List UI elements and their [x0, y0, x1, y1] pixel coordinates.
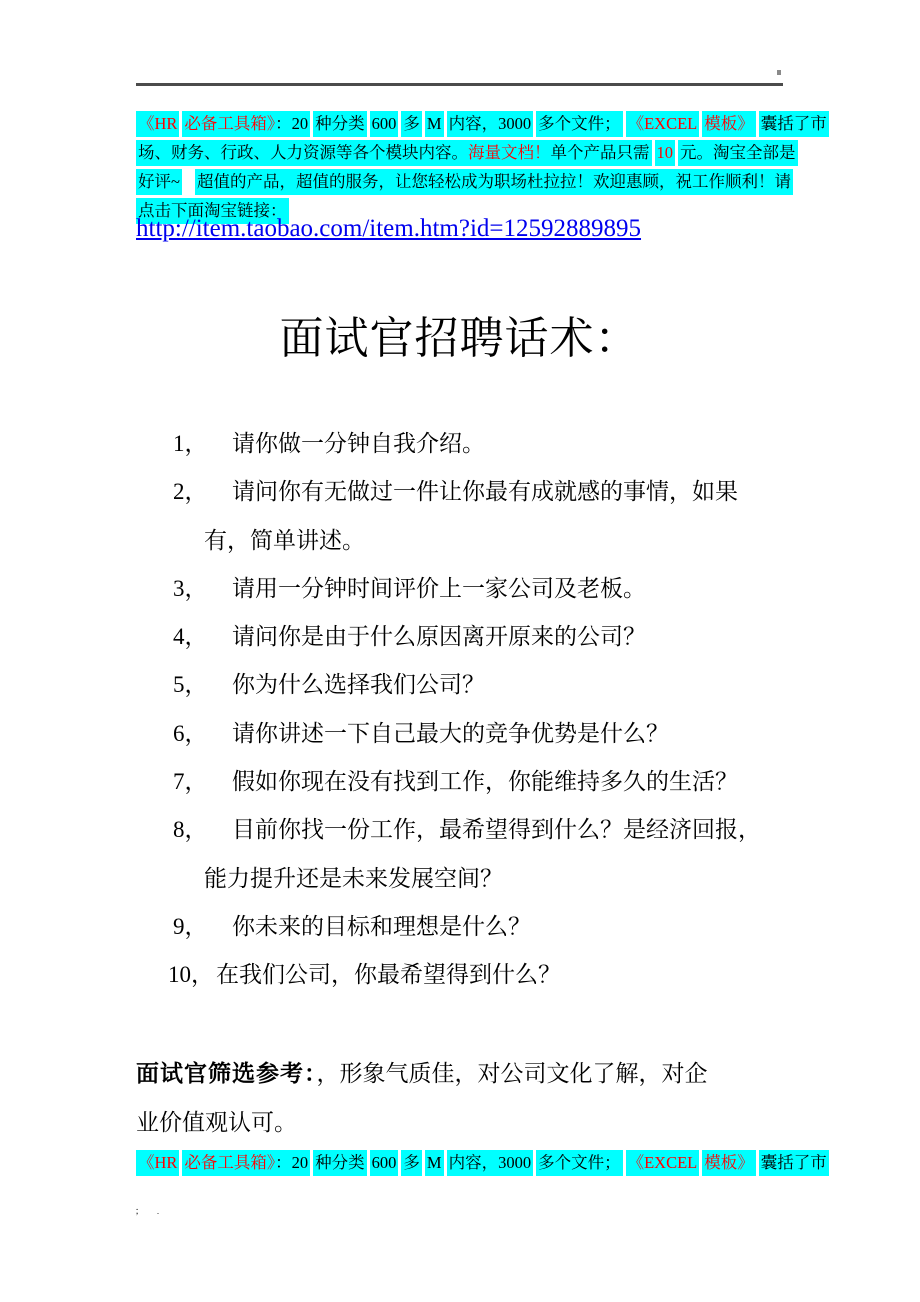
highlighted-text: 多	[403, 114, 420, 133]
question-number: 2，	[173, 476, 232, 524]
ad-note-line: 好评~超值的产品，超值的服务，让您轻松成为职场杜拉拉！欢迎惠顾，祝工作顺利！请	[136, 166, 816, 195]
highlight-segment: 《EXCEL	[626, 1150, 700, 1176]
question-number: 6，	[173, 718, 232, 766]
screening-text: 业价值观认可。	[136, 1110, 297, 1135]
highlighted-text: 600	[372, 1153, 397, 1172]
highlighted-text: 内容，3000	[449, 1153, 532, 1172]
screening-paragraph: 面试官筛选参考：，形象气质佳，对公司文化了解，对企 业价值观认可。	[136, 1048, 806, 1148]
question-text: 请用一分钟时间评价上一家公司及老板。	[232, 573, 646, 621]
highlighted-text: M	[427, 114, 442, 133]
question-number: 4，	[173, 621, 232, 669]
highlight-segment: 内容，3000	[447, 111, 534, 137]
highlighted-text: 种分类	[315, 114, 365, 133]
question-text: 能力提升还是未来发展空间？	[204, 863, 503, 911]
highlight-segment: 场、财务、行政、人力资源等各个模块内容。海量文档！单个产品只需	[136, 140, 652, 166]
question-number: 5，	[173, 669, 232, 717]
highlight-segment: M	[425, 1150, 444, 1176]
highlight-segment: 元。淘宝全部是	[678, 140, 798, 166]
highlighted-red-text: 《EXCEL	[628, 1153, 698, 1172]
stray-mark-left: ；	[135, 1206, 144, 1216]
question-number: 8，	[173, 814, 232, 862]
highlight-segment: 种分类	[313, 111, 367, 137]
highlighted-text: M	[427, 1153, 442, 1172]
screening-line: 面试官筛选参考：，形象气质佳，对公司文化了解，对企	[136, 1048, 806, 1098]
highlight-segment: 模板》	[702, 1150, 756, 1176]
ad-note-line: 场、财务、行政、人力资源等各个模块内容。海量文档！单个产品只需10元。淘宝全部是	[136, 137, 816, 166]
highlight-segment: 600	[370, 1150, 399, 1176]
highlight-segment: 《EXCEL	[626, 111, 700, 137]
question-line: 6， 请你讲述一下自己最大的竞争优势是什么？	[173, 718, 823, 766]
highlighted-text: 囊括了市	[761, 1153, 827, 1172]
highlight-segment: 必备工具箱》：20	[182, 111, 310, 137]
stray-punctuation: ；.	[135, 1206, 159, 1217]
highlighted-red-text: 10	[657, 143, 674, 162]
highlighted-text: 囊括了市	[761, 114, 827, 133]
ad-note-bottom: 《HR必备工具箱》：20种分类600多M内容，3000多个文件；《EXCEL模板…	[136, 1147, 816, 1176]
question-line: 2， 请问你有无做过一件让你最有成就感的事情，如果	[173, 476, 823, 524]
highlighted-red-text: 必备工具箱》	[184, 1153, 275, 1172]
highlighted-text: 多	[403, 1153, 420, 1172]
question-number: 9，	[173, 911, 232, 959]
highlight-segment: 超值的产品，超值的服务，让您轻松成为职场杜拉拉！欢迎惠顾，祝工作顺利！请	[195, 169, 793, 195]
question-number: 7，	[173, 766, 232, 814]
highlighted-text: 多个文件；	[538, 114, 621, 133]
ad-note-line: 《HR必备工具箱》：20种分类600多M内容，3000多个文件；《EXCEL模板…	[136, 1147, 816, 1176]
highlight-segment: 多个文件；	[536, 111, 623, 137]
highlighted-text: 600	[372, 114, 397, 133]
highlighted-text: 单个产品只需	[551, 143, 650, 162]
question-text: 请问你是由于什么原因离开原来的公司？	[232, 621, 646, 669]
highlight-segment: 好评~	[136, 169, 182, 195]
highlight-segment: M	[425, 111, 444, 137]
highlighted-text: ：20	[275, 1153, 308, 1172]
highlight-segment: 《HR	[136, 111, 179, 137]
taobao-link[interactable]: http://item.taobao.com/item.htm?id=12592…	[136, 215, 641, 242]
question-line: 1， 请你做一分钟自我介绍。	[173, 428, 823, 476]
question-text: 请你讲述一下自己最大的竞争优势是什么？	[232, 718, 669, 766]
question-number: 3，	[173, 573, 232, 621]
question-line: 4， 请问你是由于什么原因离开原来的公司？	[173, 621, 823, 669]
highlight-segment: 10	[655, 140, 676, 166]
highlighted-text: 好评~	[138, 172, 180, 191]
question-text: 在我们公司，你最希望得到什么？	[216, 959, 561, 1007]
highlight-segment: 多	[401, 111, 422, 137]
page-title: 面试官招聘话术：	[136, 302, 783, 366]
question-line: 7， 假如你现在没有找到工作，你能维持多久的生活？	[173, 766, 823, 814]
question-text: 你为什么选择我们公司？	[232, 669, 485, 717]
question-line: 8， 目前你找一份工作，最希望得到什么？是经济回报，	[173, 814, 823, 862]
taobao-link-line: http://item.taobao.com/item.htm?id=12592…	[136, 215, 641, 243]
highlight-segment: 多个文件；	[536, 1150, 623, 1176]
highlighted-red-text: 海量文档！	[468, 143, 551, 162]
header-rule	[136, 83, 783, 86]
screening-line: 业价值观认可。	[136, 1098, 806, 1148]
highlighted-text: 内容，3000	[449, 114, 532, 133]
highlight-segment: 《HR	[136, 1150, 179, 1176]
highlighted-red-text: 《EXCEL	[628, 114, 698, 133]
highlighted-red-text: 模板》	[704, 114, 754, 133]
highlighted-text: 元。淘宝全部是	[680, 143, 796, 162]
question-number: 10，	[168, 959, 214, 1007]
document-page: 《HR必备工具箱》：20种分类600多M内容，3000多个文件；《EXCEL模板…	[0, 0, 920, 1302]
highlighted-text: 多个文件；	[538, 1153, 621, 1172]
highlighted-text: 超值的产品，超值的服务，让您轻松成为职场杜拉拉！欢迎惠顾，祝工作顺利！请	[197, 172, 791, 191]
question-text: 你未来的目标和理想是什么？	[232, 911, 531, 959]
ad-note-line: 《HR必备工具箱》：20种分类600多M内容，3000多个文件；《EXCEL模板…	[136, 108, 816, 137]
question-list: 1， 请你做一分钟自我介绍。 2， 请问你有无做过一件让你最有成就感的事情，如果…	[173, 428, 823, 1008]
highlighted-red-text: 模板》	[704, 1153, 754, 1172]
highlighted-text: ：20	[275, 114, 308, 133]
question-text: 请你做一分钟自我介绍。	[232, 428, 485, 476]
question-text: 目前你找一份工作，最希望得到什么？是经济回报，	[232, 814, 761, 862]
highlight-segment: 600	[370, 111, 399, 137]
question-line: 10， 在我们公司，你最希望得到什么？	[173, 959, 823, 1007]
question-text: 有，简单讲述。	[204, 525, 365, 573]
question-text: 请问你有无做过一件让你最有成就感的事情，如果	[232, 476, 738, 524]
question-line-continuation: 有，简单讲述。	[173, 525, 823, 573]
highlight-segment: 囊括了市	[759, 111, 829, 137]
screening-heading: 面试官筛选参考：	[136, 1060, 317, 1086]
highlighted-text: 种分类	[315, 1153, 365, 1172]
highlighted-red-text: 《HR	[138, 114, 177, 133]
question-text: 假如你现在没有找到工作，你能维持多久的生活？	[232, 766, 738, 814]
header-rule-end-mark	[777, 70, 781, 75]
highlighted-red-text: 必备工具箱》	[184, 114, 275, 133]
question-line: 5， 你为什么选择我们公司？	[173, 669, 823, 717]
question-line-continuation: 能力提升还是未来发展空间？	[173, 863, 823, 911]
question-line: 9， 你未来的目标和理想是什么？	[173, 911, 823, 959]
highlight-segment: 必备工具箱》：20	[182, 1150, 310, 1176]
highlight-segment: 种分类	[313, 1150, 367, 1176]
highlight-segment: 模板》	[702, 111, 756, 137]
highlighted-red-text: 《HR	[138, 1153, 177, 1172]
highlight-segment: 内容，3000	[447, 1150, 534, 1176]
stray-mark-right: .	[157, 1207, 159, 1216]
ad-note-top: 《HR必备工具箱》：20种分类600多M内容，3000多个文件；《EXCEL模板…	[136, 108, 816, 224]
highlighted-text: 场、财务、行政、人力资源等各个模块内容。	[138, 143, 468, 162]
highlight-segment: 囊括了市	[759, 1150, 829, 1176]
highlight-segment: 多	[401, 1150, 422, 1176]
question-line: 3， 请用一分钟时间评价上一家公司及老板。	[173, 573, 823, 621]
screening-text: ，形象气质佳，对公司文化了解，对企	[317, 1061, 708, 1086]
question-number: 1，	[173, 428, 232, 476]
